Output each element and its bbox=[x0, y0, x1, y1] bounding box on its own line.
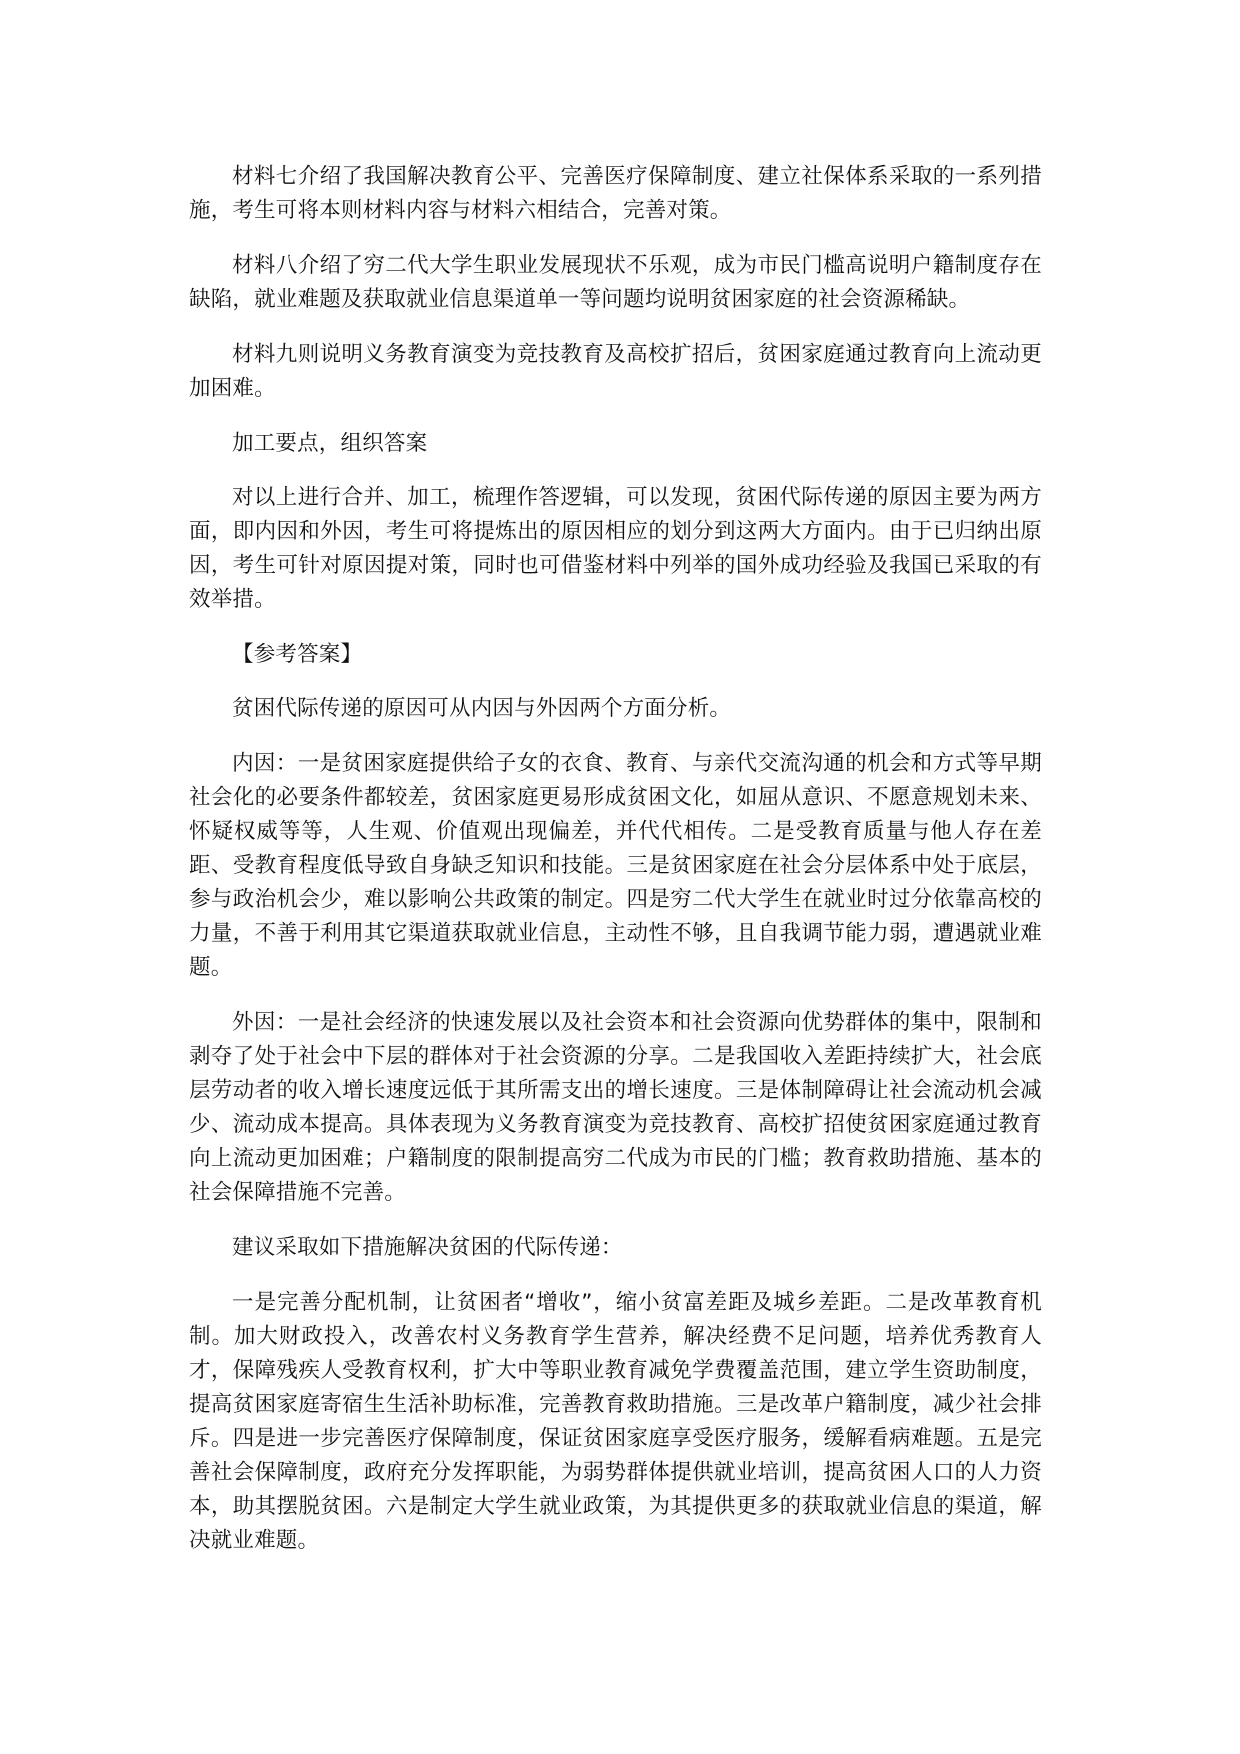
section-heading-organize-answer: 加工要点，组织答案 bbox=[189, 427, 1042, 461]
paragraph-material-seven: 材料七介绍了我国解决教育公平、完善医疗保障制度、建立社保体系采取的一系列措施，考… bbox=[189, 160, 1042, 228]
paragraph-material-nine: 材料九则说明义务教育演变为竞技教育及高校扩招后，贫困家庭通过教育向上流动更加困难… bbox=[189, 338, 1042, 406]
paragraph-answer-intro: 贫困代际传递的原因可从内因与外因两个方面分析。 bbox=[189, 692, 1042, 726]
paragraph-external-causes: 外因：一是社会经济的快速发展以及社会资本和社会资源向优势群体的集中，限制和剥夺了… bbox=[189, 1006, 1042, 1210]
paragraph-processing-logic: 对以上进行合并、加工，梳理作答逻辑，可以发现，贫困代际传递的原因主要为两方面，即… bbox=[189, 481, 1042, 617]
paragraph-material-eight: 材料八介绍了穷二代大学生职业发展现状不乐观，成为市民门槛高说明户籍制度存在缺陷，… bbox=[189, 249, 1042, 317]
document-page: 材料七介绍了我国解决教育公平、完善医疗保障制度、建立社保体系采取的一系列措施，考… bbox=[189, 160, 1042, 1579]
section-heading-reference-answer: 【参考答案】 bbox=[189, 638, 1042, 672]
paragraph-measures-intro: 建议采取如下措施解决贫困的代际传递： bbox=[189, 1231, 1042, 1265]
paragraph-measures: 一是完善分配机制，让贫困者“增收”，缩小贫富差距及城乡差距。二是改革教育机制。加… bbox=[189, 1286, 1042, 1558]
paragraph-internal-causes: 内因：一是贫困家庭提供给子女的衣食、教育、与亲代交流沟通的机会和方式等早期社会化… bbox=[189, 747, 1042, 985]
